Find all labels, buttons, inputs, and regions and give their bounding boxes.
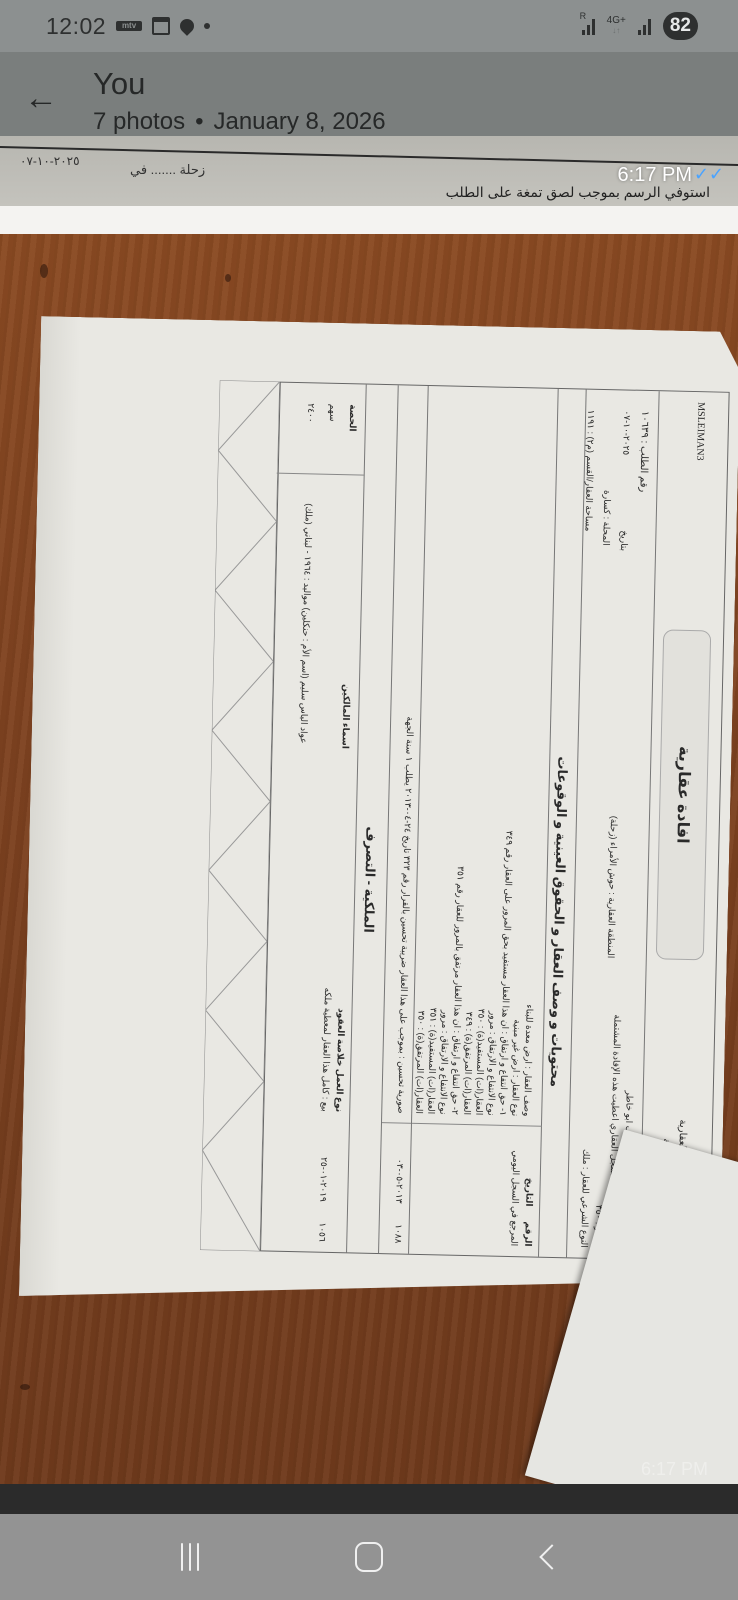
wood-knot xyxy=(40,264,48,278)
home-icon xyxy=(355,1542,383,1572)
doc-owner-share: ٢٤٠٠ xyxy=(305,403,316,423)
document-photo[interactable]: الجمهورية اللبنانية المديرية العامة للشؤ… xyxy=(0,234,738,1484)
document-content: الجمهورية اللبنانية المديرية العامة للشؤ… xyxy=(150,379,730,1261)
message-time: 6:17 PM xyxy=(618,164,692,187)
photo-date: January 8, 2026 xyxy=(213,108,385,135)
prev-doc-words: زحلة ....... في xyxy=(130,162,205,178)
doc-share-header: الحصة xyxy=(347,404,359,432)
photo-gap xyxy=(0,206,738,234)
doc-zone: المنطقة العقارية : حوش الأمراء (زحلة) xyxy=(605,816,619,959)
doc-request-number: رقم الطلب : ١٠٦٣٩ xyxy=(637,411,650,493)
prev-doc-date: ٢٠٢٥-١٠-٠٧ xyxy=(20,154,80,168)
doc-col-ref: المرجع في السجل اليومي xyxy=(508,1150,521,1246)
location-pin-icon xyxy=(180,19,194,33)
doc-date-value: ٢٠٢٥-١٠-٠٧ xyxy=(620,410,632,455)
recents-icon xyxy=(181,1543,199,1571)
back-button[interactable]: ← xyxy=(24,78,64,118)
viewer-header: ← You 7 photos•January 8, 2026 xyxy=(0,52,738,136)
doc-ownership-title: الملكية - التصرف xyxy=(360,826,378,933)
ghost-message-time: 6:17 PM xyxy=(641,1459,708,1480)
status-bar: 12:02 mtv R 4G+↓↑ 82 xyxy=(0,0,738,52)
calendar-icon xyxy=(152,17,170,35)
arrow-left-icon: ← xyxy=(24,79,58,117)
previous-photo[interactable]: ٢٠٢٥-١٠-٠٧ زحلة ....... في استوفي الرسم … xyxy=(0,136,738,206)
doc-entry-date: ٢٠١٣-٠٥-٠٣ xyxy=(393,1159,405,1204)
doc-entry-number: ١٠٨٨ xyxy=(392,1224,403,1244)
doc-locality: المحلة : كسارة xyxy=(600,490,612,546)
wood-knot xyxy=(225,274,231,282)
signal-icon xyxy=(638,17,651,35)
system-nav-bar xyxy=(0,1514,738,1600)
home-button[interactable] xyxy=(339,1527,399,1587)
photo-count: 7 photos xyxy=(93,108,185,135)
doc-section-title: محتويات و وصف العقار و الحقوق العينية و … xyxy=(547,756,570,1087)
mtv-app-icon: mtv xyxy=(116,21,142,31)
doc-date-label: بتاريخ xyxy=(618,530,629,551)
chevron-left-icon xyxy=(540,1544,565,1569)
doc-property-kind: النوع الشرعي للعقار : ملك xyxy=(578,1149,591,1248)
photo-meta: 7 photos•January 8, 2026 xyxy=(93,108,386,136)
doc-deeds-header: نوع العمل خلاصة العقود xyxy=(333,1008,346,1112)
doc-owners-header: اسماء المالكين xyxy=(339,684,351,749)
doc-col-date: التاريخ xyxy=(523,1178,535,1207)
read-receipt-icon: ✓✓ xyxy=(694,164,724,185)
doc-title: افادة عقارية xyxy=(656,629,711,960)
doc-owner-entry: عواد الياس سليم (اسم الأم : حنكلين) موال… xyxy=(298,503,314,743)
wood-knot xyxy=(20,1384,30,1390)
roaming-signal-icon: R xyxy=(582,17,595,35)
sender-name: You xyxy=(93,66,145,102)
recents-button[interactable] xyxy=(160,1527,220,1587)
battery-indicator: 82 xyxy=(663,12,698,40)
status-time: 12:02 xyxy=(46,13,106,40)
more-dot-icon xyxy=(204,23,210,29)
doc-user-code: MSLEIMAN3 xyxy=(694,402,706,461)
doc-col-number: الرقم xyxy=(522,1221,534,1246)
system-back-button[interactable] xyxy=(518,1527,578,1587)
network-type-icon: 4G+↓↑ xyxy=(607,16,626,36)
